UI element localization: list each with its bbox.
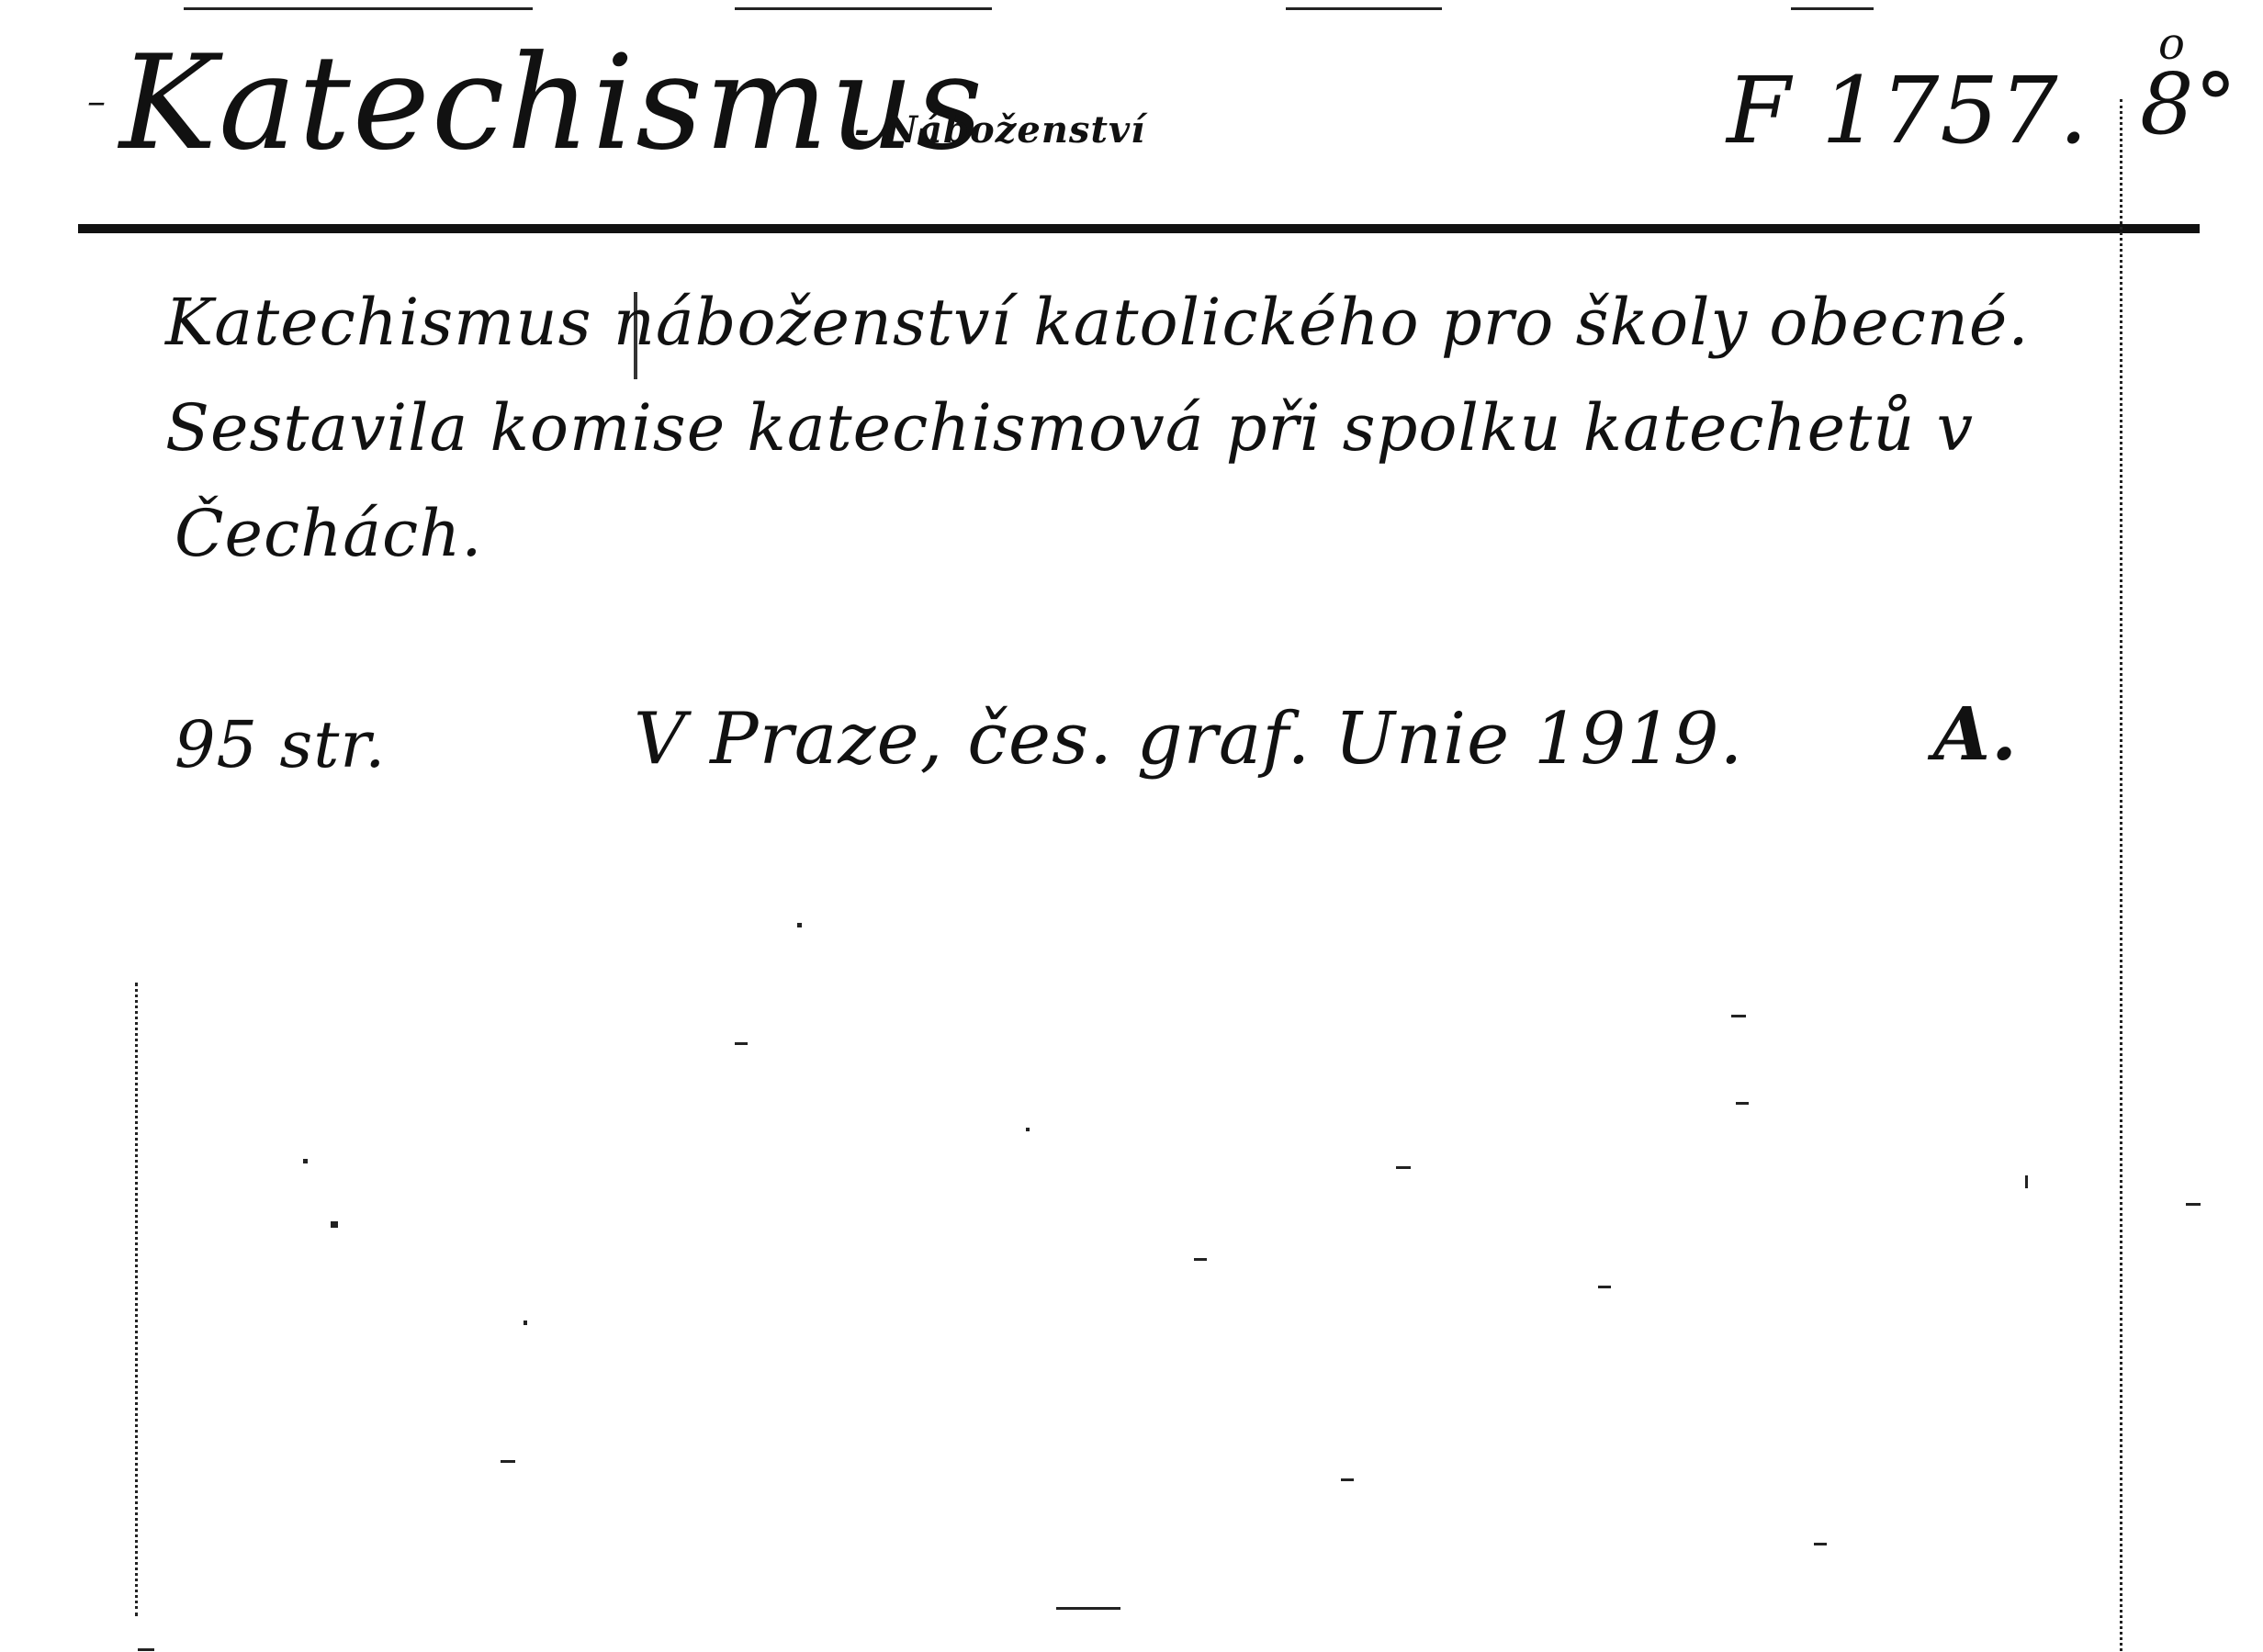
scan-speck (735, 1042, 748, 1045)
scan-speck (331, 1221, 338, 1228)
heading-main-entry: Katechismus (119, 28, 985, 179)
description-line-2: Sestavila komise katechismová při spolku… (165, 390, 1974, 466)
scan-speck (501, 1460, 515, 1463)
top-edge-line (1286, 7, 1442, 10)
scan-speck (1026, 1128, 1030, 1131)
scan-speck (1731, 1015, 1746, 1017)
scan-speck (2025, 1175, 2028, 1188)
top-edge-line (1791, 7, 1874, 10)
scan-speck (138, 1648, 154, 1651)
scan-speck (1396, 1166, 1411, 1169)
scan-speck (1736, 1102, 1749, 1105)
description-line-3: Čechách. (175, 496, 483, 571)
scan-speck (1194, 1258, 1207, 1261)
top-edge-line (184, 7, 533, 10)
heading-divider-rule (78, 224, 2200, 233)
scan-speck (2186, 1203, 2201, 1206)
heading-left-dash: – (87, 81, 107, 123)
subject-dash: - (854, 108, 871, 152)
subject-label: Náboženství (884, 108, 1146, 152)
scan-speck (303, 1159, 308, 1163)
annotation-mark: A. (1933, 691, 2018, 777)
scan-speck (1341, 1478, 1354, 1481)
scan-speck (797, 923, 802, 927)
scan-speck (524, 1320, 527, 1325)
scan-speck (1056, 1607, 1120, 1610)
imprint: V Praze, čes. graf. Unie 1919. (634, 698, 1743, 781)
catalog-card: – Katechismus - Náboženství F 1757. o 8°… (0, 0, 2263, 1652)
pagination: 95 str. (175, 707, 386, 782)
right-margin-dotted-line (2120, 99, 2122, 1651)
left-margin-dotted-line (135, 983, 138, 1616)
heading-subject: - Náboženství (854, 108, 1145, 152)
scan-speck (1598, 1286, 1611, 1288)
scan-speck (1814, 1543, 1827, 1545)
shelfmark: F 1757. (1727, 57, 2088, 164)
description-line-1: Katechismus náboženství katolického pro … (165, 285, 2030, 360)
top-edge-line (735, 7, 992, 10)
format-size: 8° (2140, 55, 2238, 153)
